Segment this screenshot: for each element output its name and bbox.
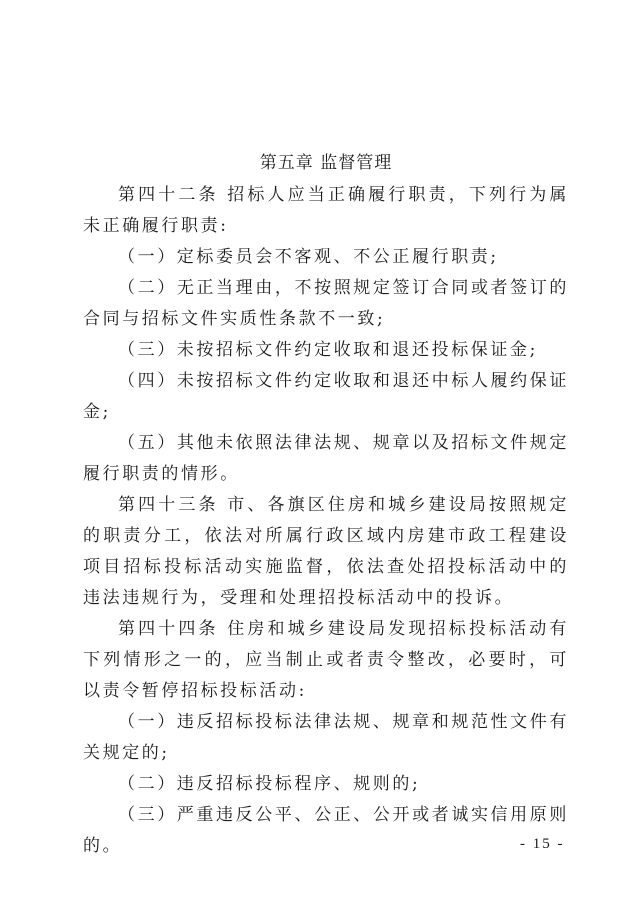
article-44-item-2: （二）违反招标投标程序、规则的; bbox=[83, 769, 569, 800]
article-42: 第四十二条 招标人应当正确履行职责，下列行为属未正确履行职责: bbox=[83, 180, 569, 242]
document-page: 第五章 监督管理 第四十二条 招标人应当正确履行职责，下列行为属未正确履行职责:… bbox=[0, 0, 644, 910]
article-42-item-4: （四）未按招标文件约定收取和退还中标人履约保证金; bbox=[83, 366, 569, 428]
article-44-item-3: （三）严重违反公平、公正、公开或者诚实信用原则的。 bbox=[83, 800, 569, 862]
article-42-item-5: （五）其他未依照法律法规、规章以及招标文件规定履行职责的情形。 bbox=[83, 428, 569, 490]
article-42-item-3: （三）未按招标文件约定收取和退还投标保证金; bbox=[83, 335, 569, 366]
article-44-item-1: （一）违反招标投标法律法规、规章和规范性文件有关规定的; bbox=[83, 707, 569, 769]
article-44: 第四十四条 住房和城乡建设局发现招标投标活动有下列情形之一的，应当制止或者责令整… bbox=[83, 614, 569, 707]
page-number: - 15 - bbox=[520, 836, 565, 853]
article-42-item-2: （二）无正当理由，不按照规定签订合同或者签订的合同与招标文件实质性条款不一致; bbox=[83, 273, 569, 335]
article-43: 第四十三条 市、各旗区住房和城乡建设局按照规定的职责分工，依法对所属行政区域内房… bbox=[83, 490, 569, 614]
article-42-item-1: （一）定标委员会不客观、不公正履行职责; bbox=[83, 242, 569, 273]
page-content: 第五章 监督管理 第四十二条 招标人应当正确履行职责，下列行为属未正确履行职责:… bbox=[83, 150, 569, 862]
chapter-heading: 第五章 监督管理 bbox=[83, 150, 569, 180]
